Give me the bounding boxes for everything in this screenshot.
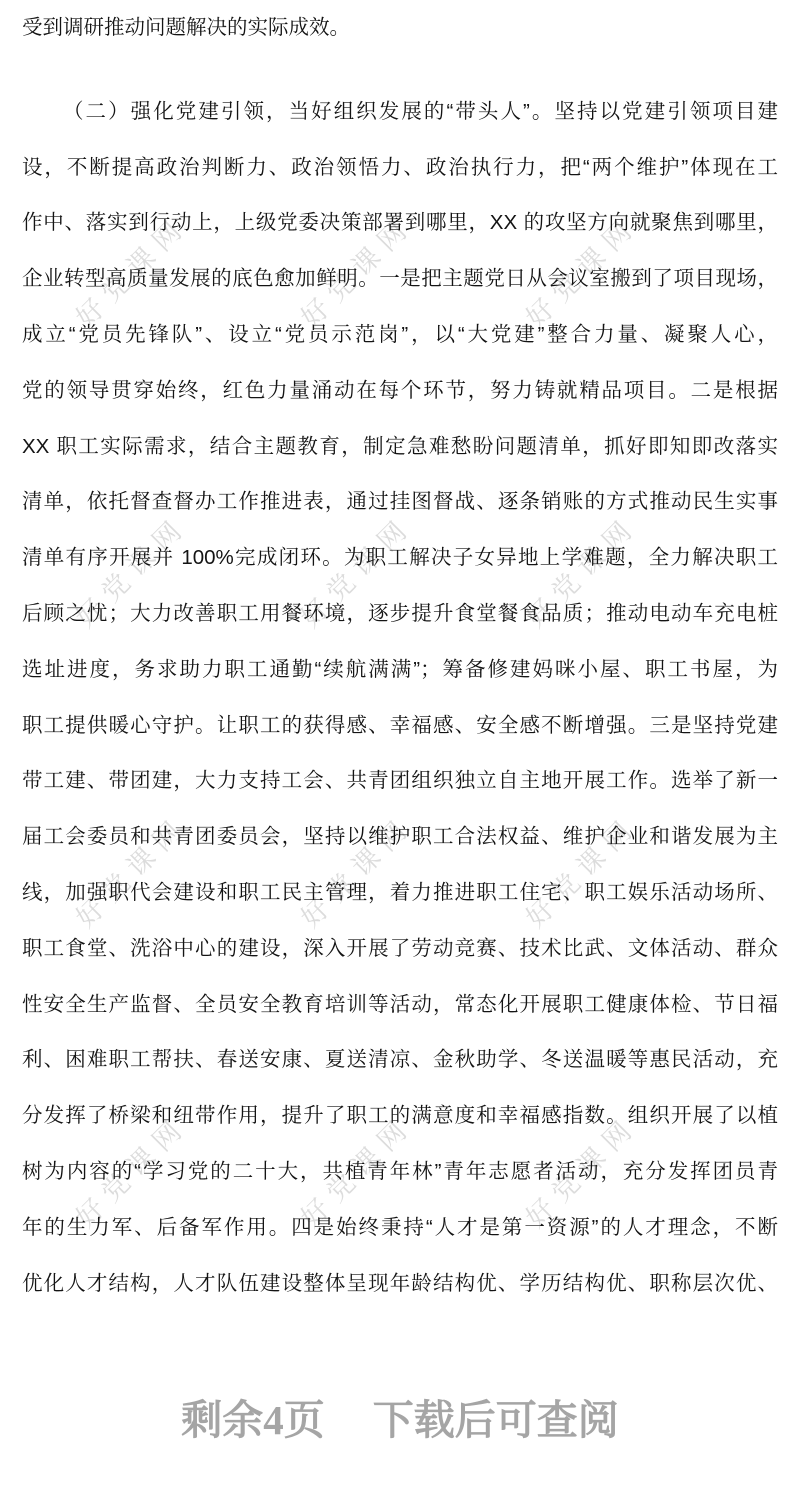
download-hint-label: 下载后可查阅	[373, 1390, 619, 1450]
text-line: 线，加强职代会建设和职工民主管理，着力推进职工住宅、职工娱乐活动场所、	[22, 865, 778, 921]
text-line: 性安全生产监督、全员安全教育培训等活动，常态化开展职工健康体检、节日福	[22, 977, 778, 1033]
text-line: 树为内容的“学习党的二十大，共植青年林”青年志愿者活动，充分发挥团员青	[22, 1144, 778, 1200]
text-line: 企业转型高质量发展的底色愈加鲜明。一是把主题党日从会议室搬到了项目现场，	[22, 251, 778, 307]
text-line: 分发挥了桥梁和纽带作用，提升了职工的满意度和幸福感指数。组织开展了以植	[22, 1088, 778, 1144]
text-line: 清单，依托督查督办工作推进表，通过挂图督战、逐条销账的方式推动民生实事	[22, 474, 778, 530]
text-line: 受到调研推动问题解决的实际成效。	[22, 0, 778, 56]
text-line: 年的生力军、后备军作用。四是始终秉持“人才是第一资源”的人才理念，不断	[22, 1200, 778, 1256]
text-line: 设，不断提高政治判断力、政治领悟力、政治执行力，把“两个维护”体现在工	[22, 140, 778, 196]
text-line: 届工会委员和共青团委员会，坚持以维护职工合法权益、维护企业和谐发展为主	[22, 809, 778, 865]
text-line: （二）强化党建引领，当好组织发展的“带头人”。坚持以党建引领项目建	[22, 84, 778, 140]
text-line: 职工食堂、洗浴中心的建设，深入开展了劳动竞赛、技术比武、文体活动、群众	[22, 921, 778, 977]
paragraph: （二）强化党建引领，当好组织发展的“带头人”。坚持以党建引领项目建设，不断提高政…	[22, 84, 778, 1312]
text-line: 成立“党员先锋队”、设立“党员示范岗”，以“大党建”整合力量、凝聚人心，	[22, 307, 778, 363]
document-page: 好党课网好党课网好党课网好党课网好党课网好党课网好党课网好党课网好党课网好党课网…	[0, 0, 800, 1496]
text-line: 清单有序开展并 100%完成闭环。为职工解决子女异地上学难题，全力解决职工	[22, 530, 778, 586]
page-footer: 剩余4页 下载后可查阅	[0, 1390, 800, 1450]
document-content: 受到调研推动问题解决的实际成效。（二）强化党建引领，当好组织发展的“带头人”。坚…	[22, 0, 778, 1311]
text-line: 作中、落实到行动上，上级党委决策部署到哪里，XX 的攻坚方向就聚焦到哪里，	[22, 195, 778, 251]
text-line: 优化人才结构，人才队伍建设整体呈现年龄结构优、学历结构优、职称层次优、	[22, 1256, 778, 1312]
text-line: 后顾之忧；大力改善职工用餐环境，逐步提升食堂餐食品质；推动电动车充电桩	[22, 586, 778, 642]
text-line: 带工建、带团建，大力支持工会、共青团组织独立自主地开展工作。选举了新一	[22, 753, 778, 809]
text-line: 利、困难职工帮扶、春送安康、夏送清凉、金秋助学、冬送温暖等惠民活动，充	[22, 1032, 778, 1088]
text-line: 党的领导贯穿始终，红色力量涌动在每个环节，努力铸就精品项目。二是根据	[22, 363, 778, 419]
remaining-pages-label: 剩余4页	[181, 1390, 325, 1450]
text-line: 职工提供暖心守护。让职工的获得感、幸福感、安全感不断增强。三是坚持党建	[22, 698, 778, 754]
text-line: 选址进度，务求助力职工通勤“续航满满”；筹备修建妈咪小屋、职工书屋，为	[22, 642, 778, 698]
text-line: XX 职工实际需求，结合主题教育，制定急难愁盼问题清单，抓好即知即改落实	[22, 419, 778, 475]
paragraph: 受到调研推动问题解决的实际成效。	[22, 0, 778, 56]
